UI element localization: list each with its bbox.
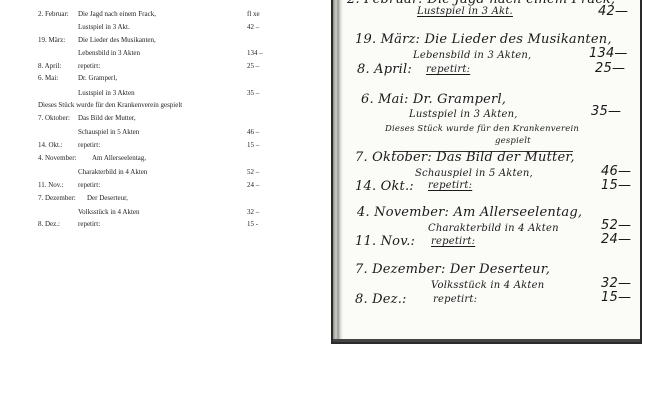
document-page: 2. Februar: Die Jagd nach einem Frack, f… bbox=[0, 0, 650, 400]
play-title: Das Bild der Mutter, bbox=[78, 113, 136, 123]
play-title: repetirt: bbox=[78, 140, 100, 150]
handwritten-amount: 24— bbox=[601, 232, 631, 247]
receipt-amount: 24 – bbox=[247, 180, 259, 190]
handwritten-line: repetirt: bbox=[431, 236, 475, 247]
handwritten-amount: 52— bbox=[601, 218, 631, 233]
transcript-row: Lustspiel in 3 Akt. 42 – bbox=[0, 22, 320, 32]
handwritten-amount: 35— bbox=[591, 104, 621, 119]
transcript-row: 2. Februar: Die Jagd nach einem Frack, f… bbox=[0, 9, 320, 19]
play-genre: Charakterbild in 4 Akten bbox=[78, 167, 147, 177]
handwritten-line: 14. Okt.: bbox=[355, 179, 414, 194]
handwritten-amount: 15— bbox=[601, 290, 631, 305]
play-title: Die Jagd nach einem Frack, bbox=[78, 9, 156, 19]
handwritten-line: 8. April: bbox=[357, 62, 412, 77]
handwritten-amount: 42— bbox=[598, 4, 628, 19]
handwritten-amount: 32— bbox=[601, 276, 631, 291]
manuscript-scan: 2. Februar: Die Jagd nach einem Frack, L… bbox=[331, 0, 642, 344]
handwritten-line: Volksstück in 4 Akten bbox=[431, 280, 544, 291]
typed-transcription: 2. Februar: Die Jagd nach einem Frack, f… bbox=[0, 0, 320, 400]
receipt-amount: 134 – bbox=[247, 48, 263, 58]
handwritten-note: Dieses Stück wurde für den Krankenverein bbox=[385, 124, 579, 134]
performance-date: 7. Dezember: bbox=[38, 193, 76, 203]
receipt-amount: 32 – bbox=[247, 207, 259, 217]
receipt-amount: 15 – bbox=[247, 140, 259, 150]
play-genre: Lebensbild in 3 Akten bbox=[78, 48, 140, 58]
handwritten-line: 19. März: Die Lieder des Musikanten, bbox=[355, 32, 612, 47]
receipt-amount: 35 – bbox=[247, 88, 259, 98]
performance-date: 14. Okt.: bbox=[38, 140, 63, 150]
handwritten-amount: 46— bbox=[601, 164, 631, 179]
receipt-amount: 46 – bbox=[247, 127, 259, 137]
play-genre: Lustspiel in 3 Akten bbox=[78, 88, 135, 98]
performance-date: 11. Nov.: bbox=[38, 180, 64, 190]
play-genre: Schauspiel in 5 Akten bbox=[78, 127, 139, 137]
transcript-row: 8. Dez.: repetirt: 15 - bbox=[0, 219, 320, 229]
play-genre: Lustspiel in 3 Akt. bbox=[78, 22, 130, 32]
handwritten-amount: 134— bbox=[589, 46, 628, 61]
transcript-row: Lebensbild in 3 Akten 134 – bbox=[0, 48, 320, 58]
handwritten-line: Lustspiel in 3 Akten, bbox=[409, 109, 518, 120]
receipt-amount: 15 - bbox=[247, 219, 258, 229]
handwritten-line: Schauspiel in 5 Akten, bbox=[415, 168, 533, 179]
transcript-row: Charakterbild in 4 Akten 52 – bbox=[0, 167, 320, 177]
performance-date: 19. März: bbox=[38, 35, 65, 45]
transcript-row: 19. März: Die Lieder des Musikanten, bbox=[0, 35, 320, 45]
receipt-amount: 42 – bbox=[247, 22, 259, 32]
book-binding-edge bbox=[333, 0, 343, 342]
handwritten-line: Lustspiel in 3 Akt. bbox=[417, 6, 513, 17]
transcript-row: Lustspiel in 3 Akten 35 – bbox=[0, 88, 320, 98]
handwritten-line: 8. Dez.: bbox=[355, 292, 407, 307]
play-title: repetirt: bbox=[78, 180, 100, 190]
handwritten-amount: 15— bbox=[601, 178, 631, 193]
play-title: Dr. Gramperl, bbox=[78, 73, 117, 83]
performance-note: Dieses Stück wurde für den Krankenverein… bbox=[38, 100, 182, 110]
handwritten-line: 7. Dezember: Der Deserteur, bbox=[355, 262, 550, 277]
handwritten-line: 4. November: Am Allerseelentag, bbox=[357, 205, 582, 220]
performance-date: 8. April: bbox=[38, 61, 61, 71]
handwritten-note: gespielt bbox=[495, 136, 531, 146]
performance-date: 6. Mai: bbox=[38, 73, 58, 83]
transcript-row: Dieses Stück wurde für den Krankenverein… bbox=[0, 100, 320, 110]
handwritten-line: Charakterbild in 4 Akten bbox=[428, 223, 559, 234]
receipt-amount: 52 – bbox=[247, 167, 259, 177]
performance-date: 8. Dez.: bbox=[38, 219, 60, 229]
currency-header: fl xe bbox=[247, 9, 260, 19]
handwritten-line: repetirt: bbox=[426, 64, 470, 75]
performance-date: 2. Februar: bbox=[38, 9, 69, 19]
handwritten-line: 7. Oktober: Das Bild der Mutter, bbox=[355, 150, 575, 165]
handwritten-line: 6. Mai: Dr. Gramperl, bbox=[361, 92, 506, 107]
transcript-row: 7. Dezember: Der Deserteur, bbox=[0, 193, 320, 203]
page-bottom-edge bbox=[333, 339, 640, 342]
handwritten-amount: 25— bbox=[595, 61, 625, 76]
handwritten-line: repetirt: bbox=[433, 294, 477, 305]
transcript-row: 6. Mai: Dr. Gramperl, bbox=[0, 73, 320, 83]
transcript-row: Schauspiel in 5 Akten 46 – bbox=[0, 127, 320, 137]
transcript-row: 8. April: repetirt: 25 – bbox=[0, 61, 320, 71]
play-title: Der Deserteur, bbox=[87, 193, 128, 203]
play-title: Am Allerseelentag, bbox=[92, 153, 146, 163]
play-genre: Volksstück in 4 Akten bbox=[78, 207, 140, 217]
handwritten-line: Lebensbild in 3 Akten, bbox=[413, 50, 531, 61]
transcript-row: 4. November: Am Allerseelentag, bbox=[0, 153, 320, 163]
transcript-row: 14. Okt.: repetirt: 15 – bbox=[0, 140, 320, 150]
play-title: repetirt: bbox=[78, 61, 100, 71]
transcript-row: Volksstück in 4 Akten 32 – bbox=[0, 207, 320, 217]
performance-date: 4. November: bbox=[38, 153, 77, 163]
handwritten-line: repetirt: bbox=[428, 180, 472, 191]
receipt-amount: 25 – bbox=[247, 61, 259, 71]
handwritten-line: 11. Nov.: bbox=[355, 234, 415, 249]
transcript-row: 11. Nov.: repetirt: 24 – bbox=[0, 180, 320, 190]
play-title: Die Lieder des Musikanten, bbox=[78, 35, 156, 45]
play-title: repetirt: bbox=[78, 219, 100, 229]
performance-date: 7. Oktober: bbox=[38, 113, 70, 123]
transcript-row: 7. Oktober: Das Bild der Mutter, bbox=[0, 113, 320, 123]
